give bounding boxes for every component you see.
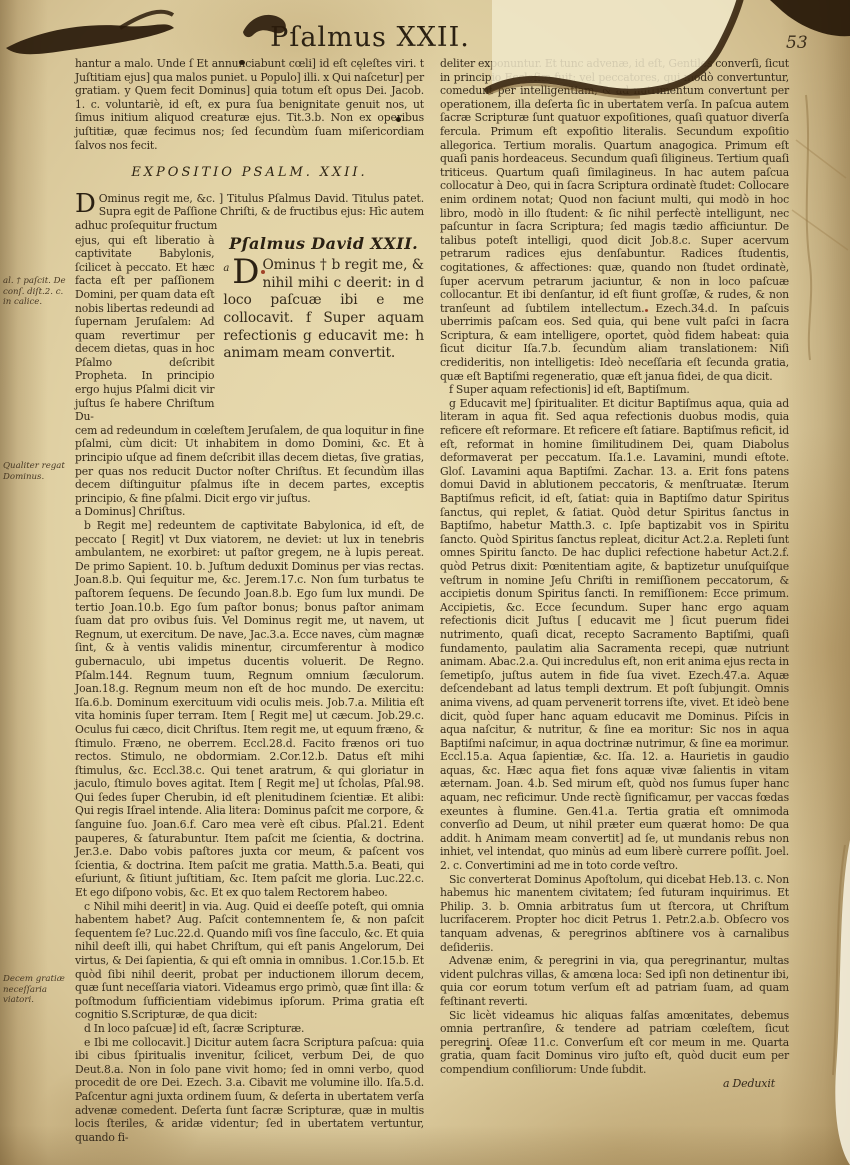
continuation-paragraph: cem ad redeundum in cœleſtem Jeruſalem, … (75, 424, 424, 506)
paragraph: Sic converterat Dominus Apoſtolum, qui d… (440, 873, 789, 955)
paragraph: deliter exponuntur. Et tunc advenæ, id e… (440, 57, 789, 383)
psalm-heading: Pſalmus David XXII. (223, 237, 424, 251)
margin-note: Qualiter regat Dominus. (3, 461, 71, 482)
psalm-verse: aDOminus † b regit me, & nihil mihi c de… (223, 257, 424, 363)
opening-paragraph: hantur a malo. Unde ſ Et annunciabunt cœ… (75, 57, 424, 152)
drop-cap: D (75, 192, 99, 215)
margin-note: Decem gratiæ neceſſaria viatori. (3, 974, 71, 1006)
page-number: 53 (786, 33, 808, 53)
paragraph: b Regit me] redeuntem de captivitate Bab… (75, 519, 424, 900)
two-column-text: hantur a malo. Unde ſ Et annunciabunt cœ… (75, 57, 789, 1144)
rubric-speck-icon (261, 270, 265, 274)
catchword: a Deduxit (440, 1077, 789, 1091)
verse-marker: a (223, 260, 229, 278)
side-commentary-text: ejus, qui eſt liberatio à captivitate Ba… (75, 234, 214, 424)
ink-speck-icon (396, 117, 401, 122)
book-page: Pſalmus XXII. 53 al. † paſcit. De conſ. … (0, 0, 850, 1165)
paragraph: c Nihil mihi deerit] in via. Aug. Quid e… (75, 900, 424, 1022)
verse-drop-cap: D (232, 257, 262, 287)
paragraph: e Ibi me collocavit.] Dicitur autem ſacr… (75, 1036, 424, 1145)
paragraph: Advenæ enim, & peregrini in via, qua per… (440, 954, 789, 1008)
text-layer: Pſalmus XXII. 53 al. † paſcit. De conſ. … (0, 0, 850, 1165)
psalm-block: Pſalmus David XXII. aDOminus † b regit m… (223, 234, 424, 424)
expositio-intro-text: Ominus regit me, &c. ] Titulus Pſalmus D… (75, 192, 424, 232)
paragraph: a Dominus] Chriſtus. (75, 505, 424, 519)
paragraph: g Educavit me] ſpiritualiter. Et dicitur… (440, 397, 789, 873)
left-column: hantur a malo. Unde ſ Et annunciabunt cœ… (75, 57, 424, 1144)
ink-speck-icon (486, 1047, 490, 1050)
right-column: deliter exponuntur. Et tunc advenæ, id e… (440, 57, 789, 1144)
paragraph: Sic licèt videamus hic aliquas falſas am… (440, 1009, 789, 1077)
ink-speck-icon (239, 60, 245, 65)
side-commentary: ejus, qui eſt liberatio à captivitate Ba… (75, 234, 214, 424)
page-title: Pſalmus XXII. (75, 22, 665, 53)
expositio-intro: DOminus regit me, &c. ] Titulus Pſalmus … (75, 192, 424, 233)
section-heading: EXPOSITIO PSALM. XXII. (75, 166, 424, 180)
margin-note: al. † paſcit. De conſ. diſt.2. c. in cal… (3, 276, 71, 308)
split-layout: ejus, qui eſt liberatio à captivitate Ba… (75, 234, 424, 424)
right-paragraphs: deliter exponuntur. Et tunc advenæ, id e… (440, 57, 789, 1077)
rubric-speck-icon (645, 309, 648, 312)
left-glosses: a Dominus] Chriſtus.b Regit me] redeunte… (75, 505, 424, 1144)
paragraph: d In loco paſcuæ] id eſt, ſacræ Scriptur… (75, 1022, 424, 1036)
paragraph: f Super aquam refectionis] id eſt, Bapti… (440, 383, 789, 397)
